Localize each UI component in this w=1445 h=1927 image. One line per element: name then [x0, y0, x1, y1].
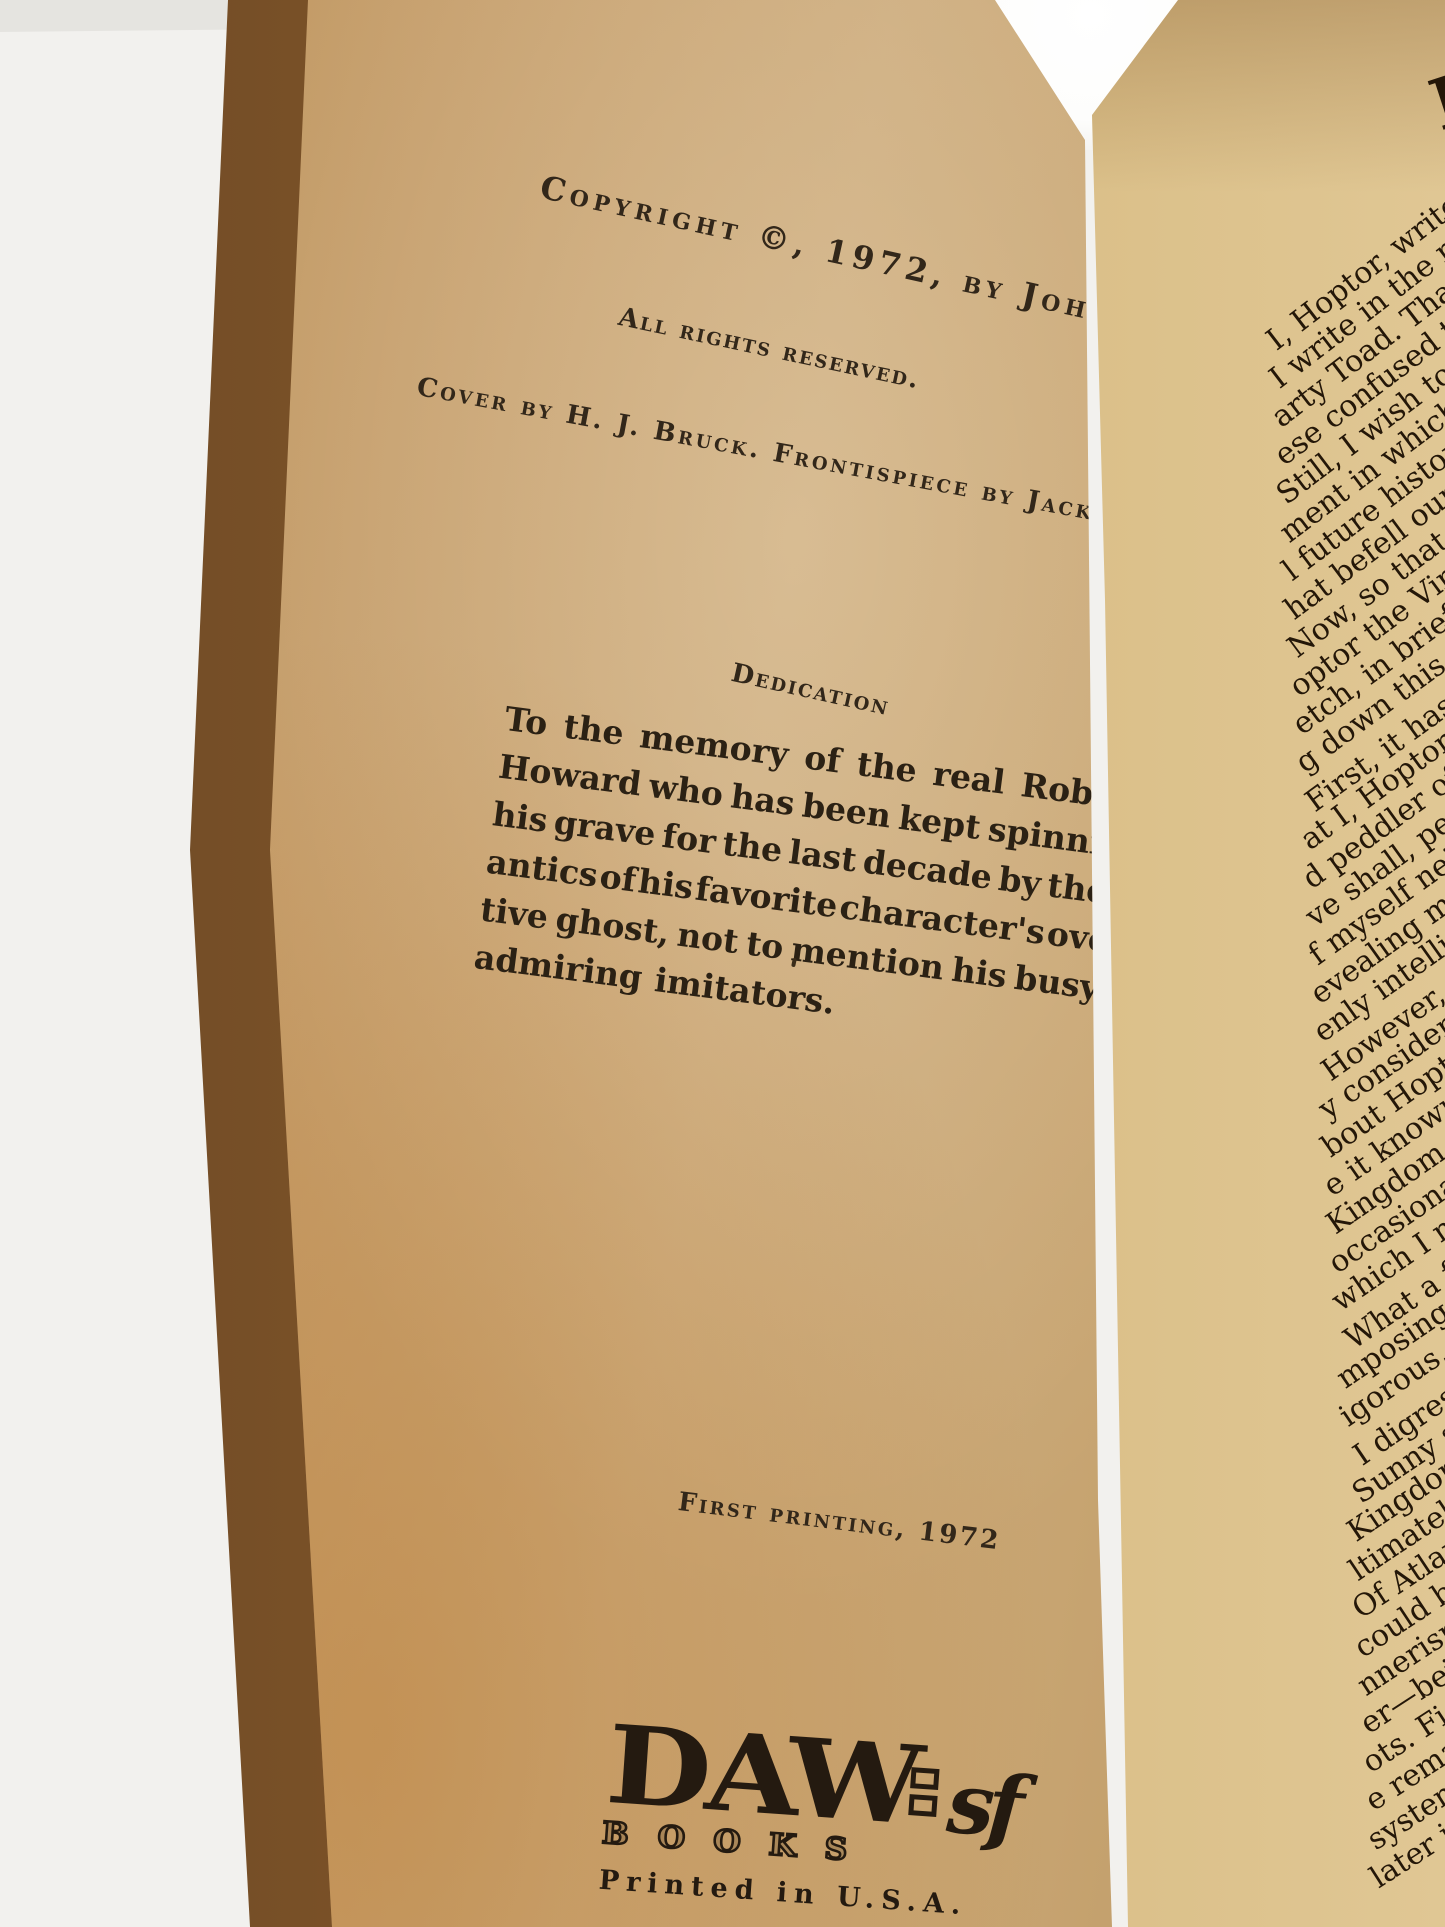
- book-photo: Copyright ©, 1972, by John Jakes All rig…: [0, 0, 1445, 1927]
- daw-logo: DAW sf BOOKS Printed in U.S.A.: [598, 1722, 1021, 1925]
- daw-sf-mark: sf: [945, 1769, 1019, 1841]
- dedication-heading: Dedication: [729, 658, 893, 722]
- first-printing-line: First printing, 1972: [676, 1487, 1002, 1556]
- dedication-paragraph: TothememoryoftherealRobertE.Howardwhohas…: [471, 695, 1202, 1070]
- daw-wordmark: DAW: [604, 1722, 921, 1830]
- rights-line: All rights reserved.: [616, 302, 923, 395]
- chapter-letter-fragment: F: [1420, 53, 1445, 147]
